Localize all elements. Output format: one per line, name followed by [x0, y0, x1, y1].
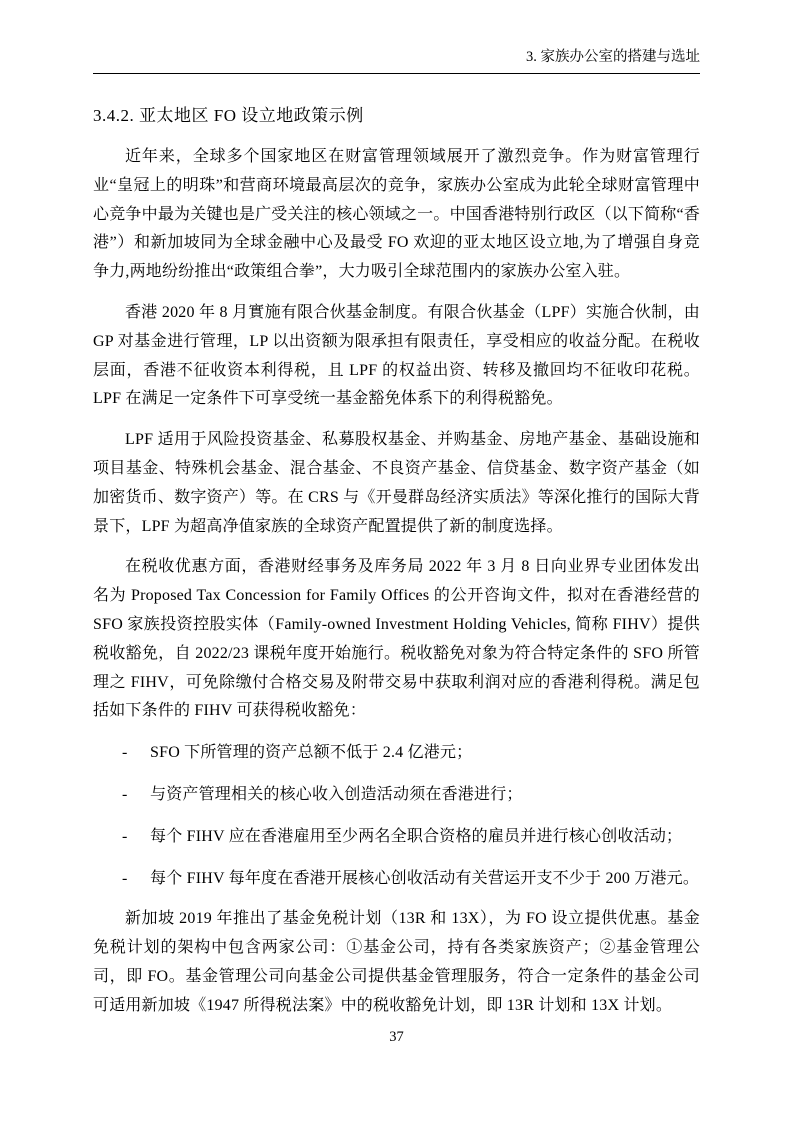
list-item-text: 每个 FIHV 每年度在香港开展核心创收活动有关营运开支不少于 200 万港元。: [150, 865, 700, 894]
paragraph-lpf-regime: 香港 2020 年 8 月實施有限合伙基金制度。有限合伙基金（LPF）实施合伙制…: [93, 299, 700, 414]
document-page: 3. 家族办公室的搭建与选址 3.4.2. 亚太地区 FO 设立地政策示例 近年…: [0, 0, 793, 1122]
list-item: - 与资产管理相关的核心收入创造活动须在香港进行；: [93, 781, 700, 810]
list-item-text: 与资产管理相关的核心收入创造活动须在香港进行；: [150, 781, 700, 810]
section-heading: 3.4.2. 亚太地区 FO 设立地政策示例: [93, 104, 700, 128]
running-header: 3. 家族办公室的搭建与选址: [93, 47, 700, 74]
list-item: - 每个 FIHV 每年度在香港开展核心创收活动有关营运开支不少于 200 万港…: [93, 865, 700, 894]
list-item-text: SFO 下所管理的资产总额不低于 2.4 亿港元；: [150, 739, 700, 768]
paragraph-intro: 近年来，全球多个国家地区在财富管理领域展开了激烈竞争。作为财富管理行业“皇冠上的…: [93, 143, 700, 287]
paragraph-tax-concession: 在税收优惠方面，香港财经事务及库务局 2022 年 3 月 8 日向业界专业团体…: [93, 553, 700, 726]
paragraph-lpf-scope: LPF 适用于风险投资基金、私募股权基金、并购基金、房地产基金、基础设施和项目基…: [93, 426, 700, 541]
dash-bullet-marker: -: [122, 781, 150, 810]
paragraph-singapore: 新加坡 2019 年推出了基金免税计划（13R 和 13X），为 FO 设立提供…: [93, 905, 700, 1020]
running-header-text: 3. 家族办公室的搭建与选址: [526, 49, 700, 65]
list-item: - 每个 FIHV 应在香港雇用至少两名全职合资格的雇员并进行核心创收活动；: [93, 823, 700, 852]
dash-bullet-marker: -: [122, 865, 150, 894]
dash-bullet-marker: -: [122, 823, 150, 852]
list-item: - SFO 下所管理的资产总额不低于 2.4 亿港元；: [93, 739, 700, 768]
fihv-conditions-list: - SFO 下所管理的资产总额不低于 2.4 亿港元； - 与资产管理相关的核心…: [93, 739, 700, 893]
list-item-text: 每个 FIHV 应在香港雇用至少两名全职合资格的雇员并进行核心创收活动；: [150, 823, 700, 852]
page-number: 37: [0, 1029, 793, 1046]
dash-bullet-marker: -: [122, 739, 150, 768]
